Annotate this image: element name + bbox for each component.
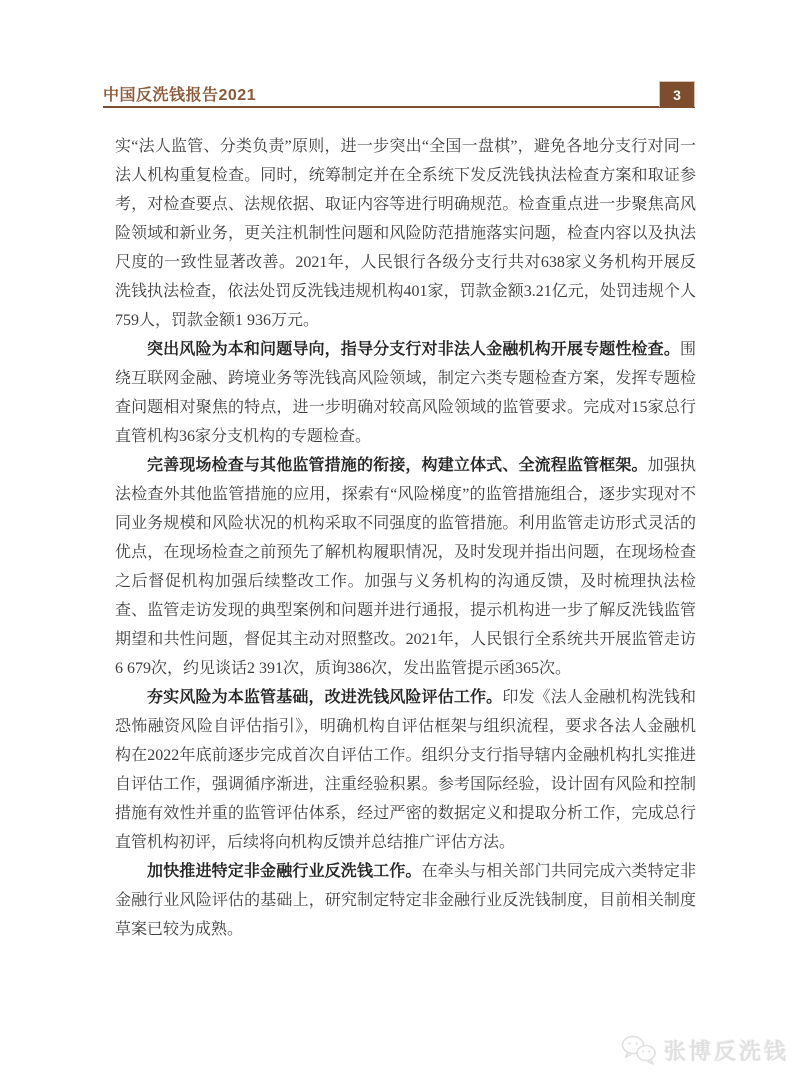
document-body: 实“法人监管、分类负责”原则，进一步突出“全国一盘棋”，避免各地分支行对同一法人… xyxy=(115,132,696,944)
paragraph-dnfbp: 加快推进特定非金融行业反洗钱工作。在牵头与相关部门共同完成六类特定非金融行业风险… xyxy=(115,857,696,944)
paragraph-text: 实“法人监管、分类负责”原则，进一步突出“全国一盘棋”，避免各地分支行对同一法人… xyxy=(115,138,696,329)
watermark-label: 张博反洗钱 xyxy=(664,1035,789,1066)
paragraph-lead: 夯实风险为本监管基础，改进洗钱风险评估工作。 xyxy=(147,689,502,706)
paragraph-text: 加强执法检查外其他监管措施的应用，探索有“风险梯度”的监管措施组合，逐步实现对不… xyxy=(115,457,696,677)
paragraph-lead: 加快推进特定非金融行业反洗钱工作。 xyxy=(147,863,422,880)
paragraph-special-inspections: 突出风险为本和问题导向，指导分支行对非法人金融机构开展专题性检查。围绕互联网金融… xyxy=(115,335,696,451)
report-title: 中国反洗钱报告2021 xyxy=(103,82,256,105)
watermark: 张博反洗钱 xyxy=(620,1034,789,1066)
paragraph-lead: 突出风险为本和问题导向，指导分支行对非法人金融机构开展专题性检查。 xyxy=(147,341,680,358)
paragraph-lead: 完善现场检查与其他监管措施的衔接，构建立体式、全流程监管框架。 xyxy=(147,457,648,474)
paragraph-continuation: 实“法人监管、分类负责”原则，进一步突出“全国一盘棋”，避免各地分支行对同一法人… xyxy=(115,132,696,335)
paragraph-supervision-framework: 完善现场检查与其他监管措施的衔接，构建立体式、全流程监管框架。加强执法检查外其他… xyxy=(115,451,696,683)
wechat-icon xyxy=(620,1034,658,1066)
page-number-badge: 3 xyxy=(659,81,695,107)
page-header: 中国反洗钱报告2021 3 xyxy=(103,80,695,108)
paragraph-text: 印发《法人金融机构洗钱和恐怖融资风险自评估指引》，明确机构自评估框架与组织流程，… xyxy=(115,689,696,851)
header-rule xyxy=(103,106,695,108)
paragraph-risk-assessment: 夯实风险为本监管基础，改进洗钱风险评估工作。印发《法人金融机构洗钱和恐怖融资风险… xyxy=(115,683,696,857)
document-page: { "header": { "title": "中国反洗钱报告2021", "p… xyxy=(0,0,800,1085)
